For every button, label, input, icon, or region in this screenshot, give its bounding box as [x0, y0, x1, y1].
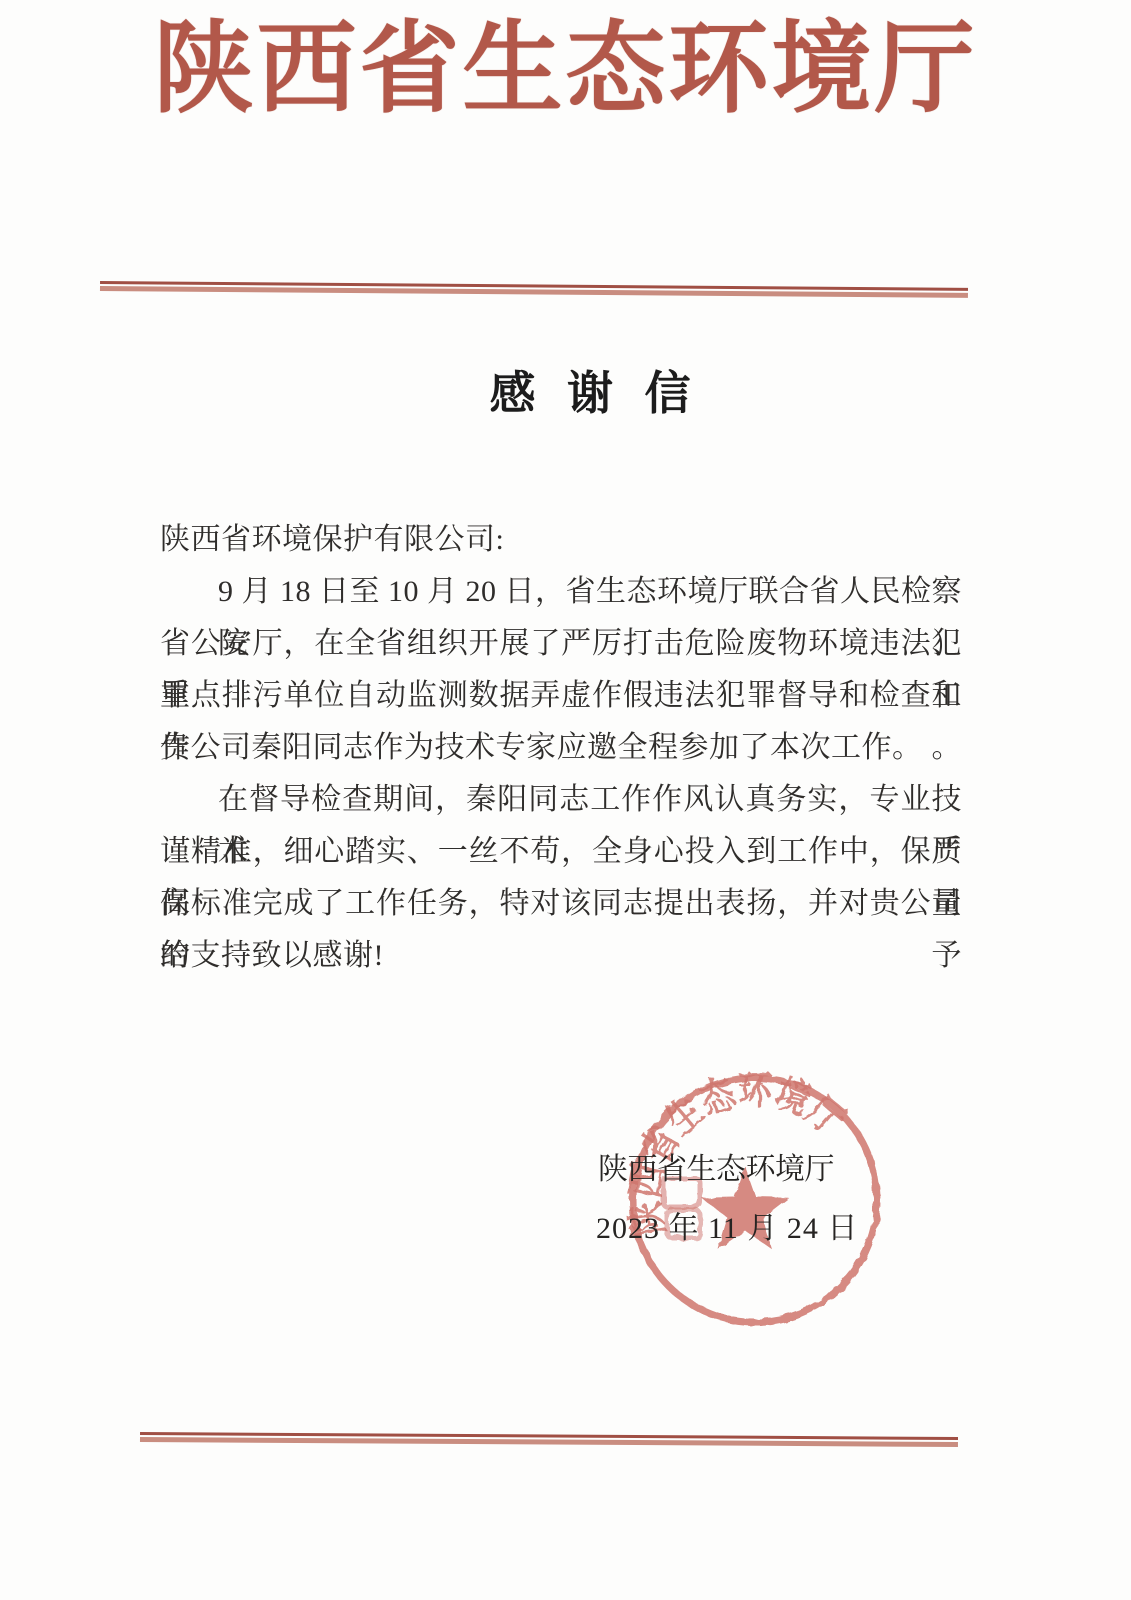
body-line: 省公安厅，在全省组织开展了严厉打击危险废物环境违法犯罪和 [160, 618, 962, 670]
body-line: 贵公司秦阳同志作为技术专家应邀全程参加了本次工作。 [160, 722, 962, 774]
body-line: 重点排污单位自动监测数据弄虚作假违法犯罪督导和检查工作。 [160, 670, 962, 722]
body-line: 高标准完成了工作任务，特对该同志提出表扬，并对贵公司给予 [160, 878, 962, 930]
signature-agency-name: 陕西省生态环境厅 [598, 1150, 834, 1190]
footer-divider-line [140, 1432, 958, 1447]
body-line: 在督导检查期间，秦阳同志工作作风认真务实，专业技术严 [160, 774, 962, 826]
body-line: 谨精准，细心踏实、一丝不苟，全身心投入到工作中，保质保量 [160, 826, 962, 878]
body-line: 9 月 18 日至 10 月 20 日，省生态环境厅联合省人民检察院、 [160, 566, 962, 618]
signature-date: 2023 年 11 月 24 日 [596, 1209, 858, 1249]
letter-title: 感 谢 信 [190, 368, 1000, 420]
letter-body: 陕西省环境保护有限公司: 9 月 18 日至 10 月 20 日，省生态环境厅联… [160, 514, 962, 982]
official-seal-stamp: 陕西省生态环境厅 [615, 1060, 895, 1340]
letterhead-agency-name: 陕西省生态环境厅 [0, 0, 1131, 140]
salutation-line: 陕西省环境保护有限公司: [160, 514, 962, 566]
letter-page: 陕西省生态环境厅 感 谢 信 陕西省环境保护有限公司: 9 月 18 日至 10… [0, 0, 1131, 1600]
header-divider-line [100, 281, 968, 298]
